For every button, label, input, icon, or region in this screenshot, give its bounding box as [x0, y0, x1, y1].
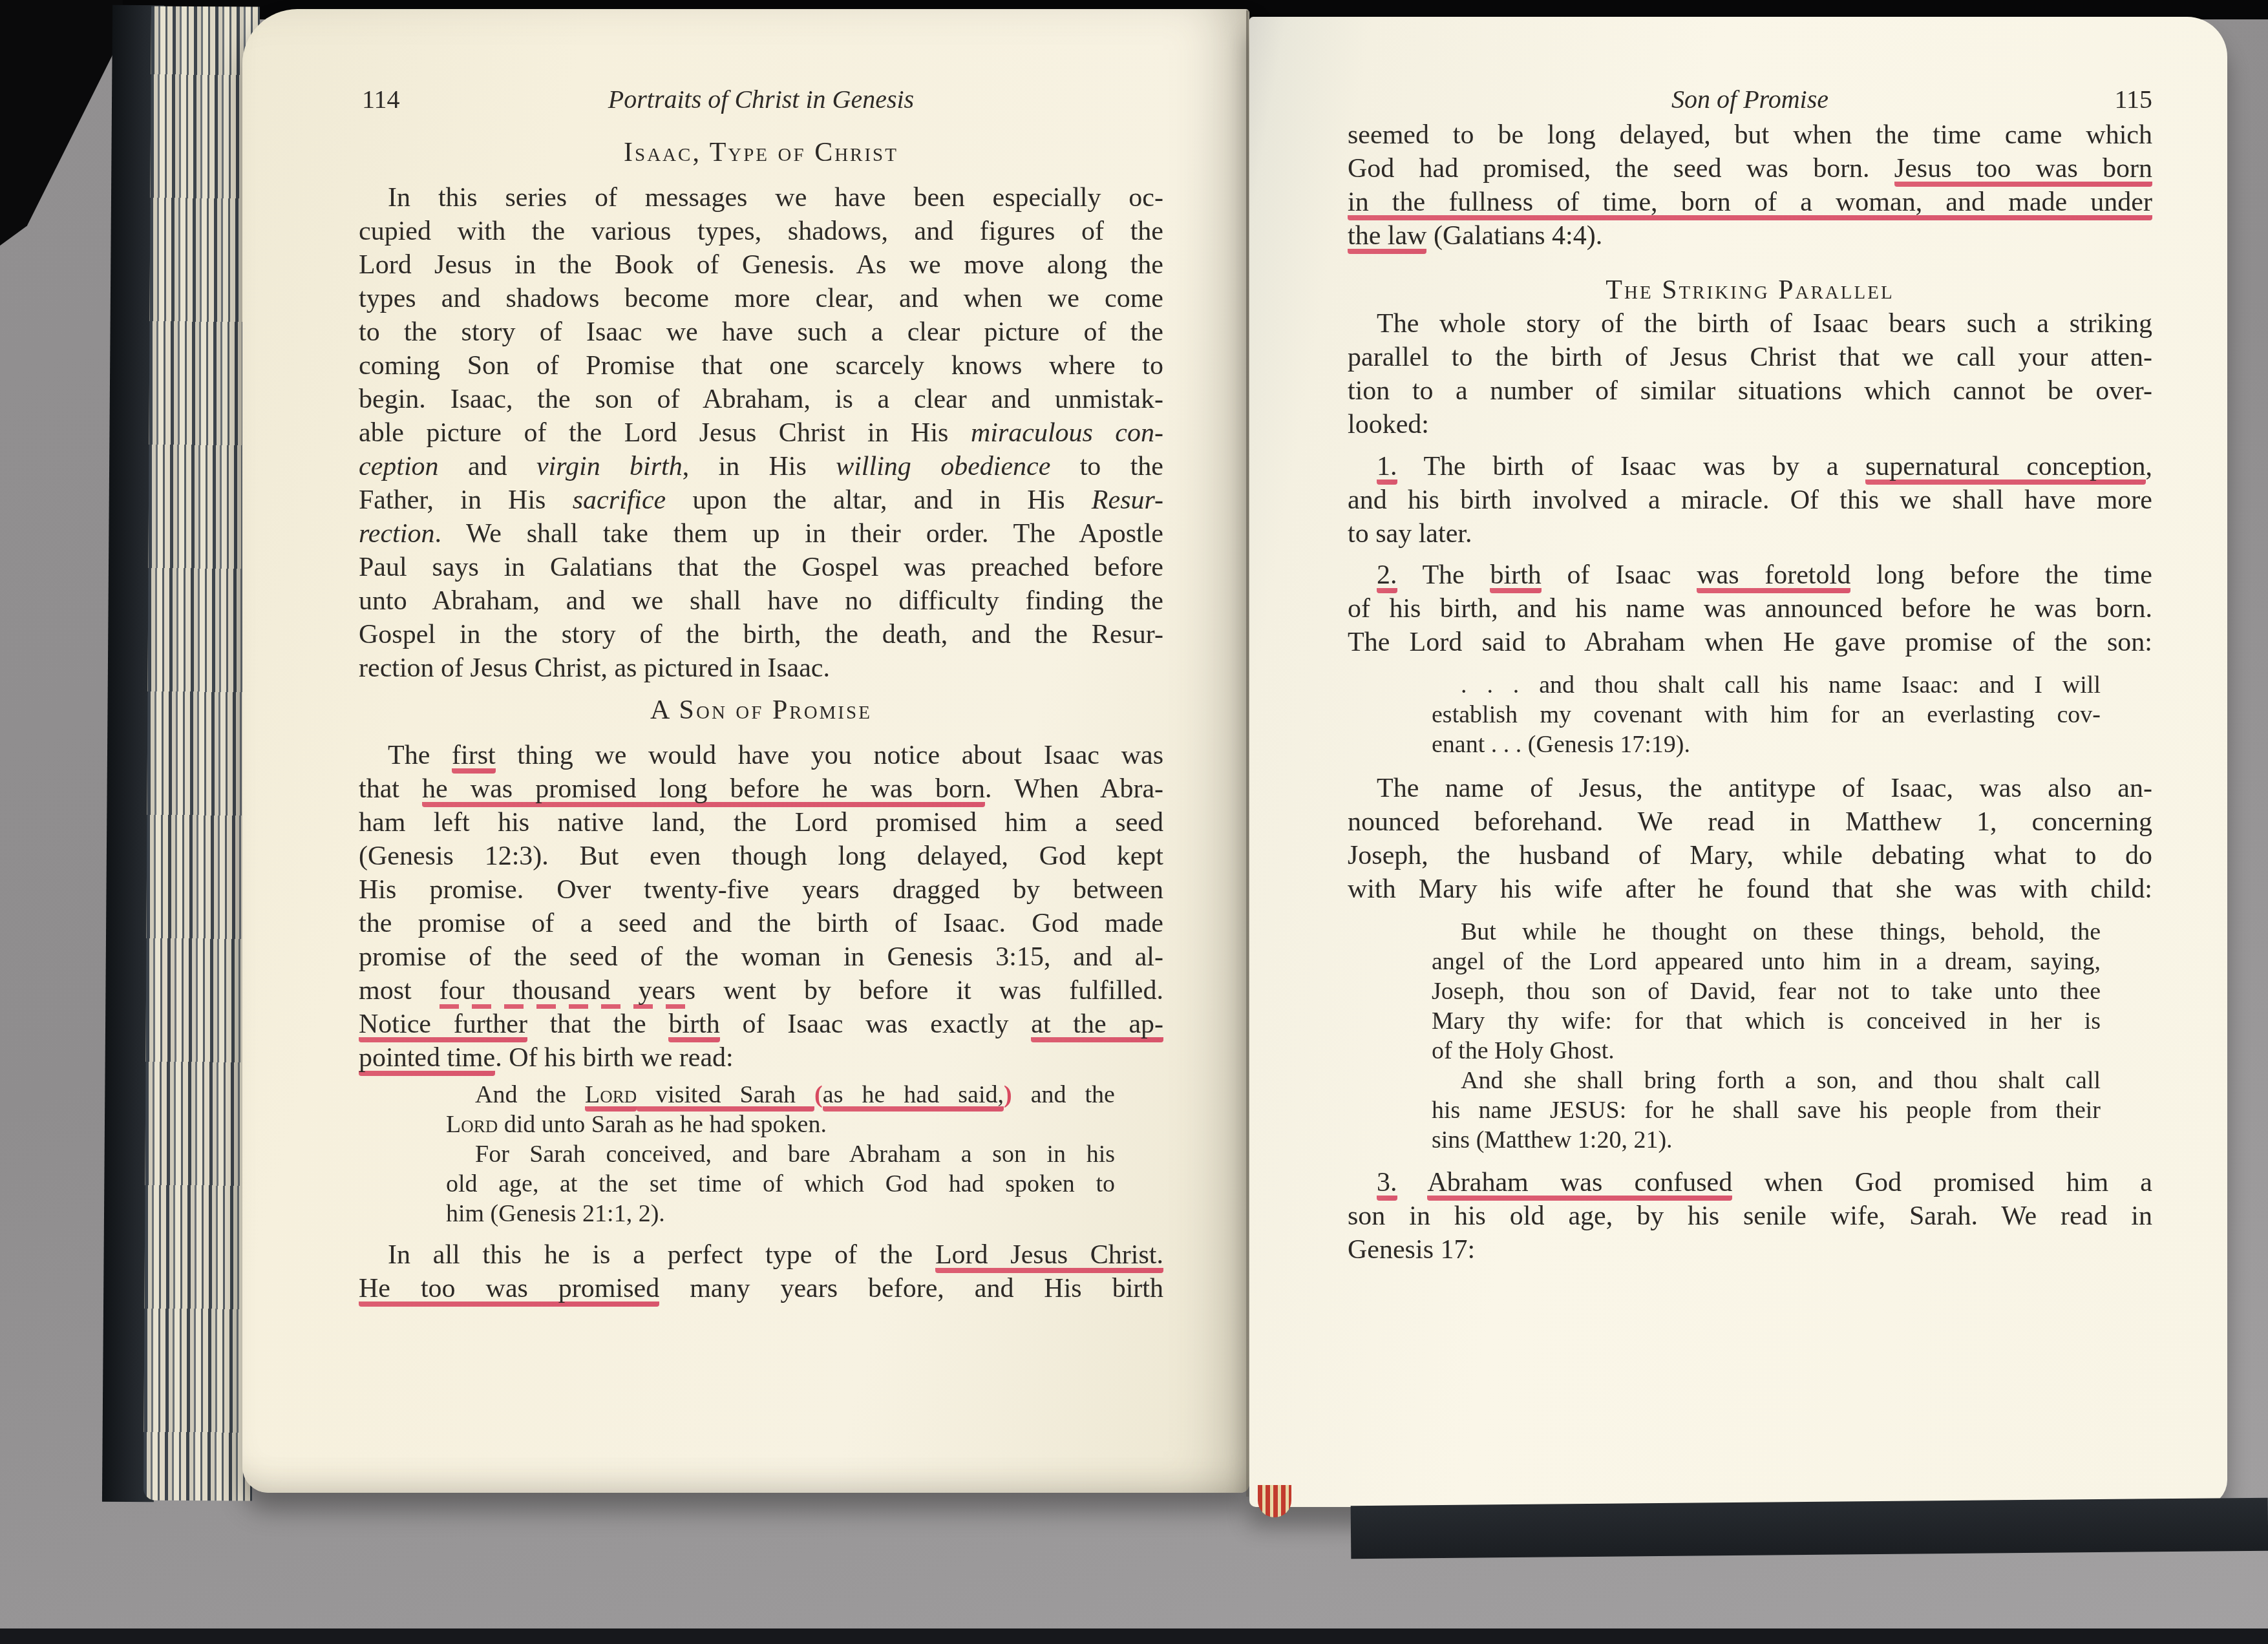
text-line: able picture of the Lord Jesus Christ in…: [359, 417, 1163, 451]
text-line: seemed to be long delayed, but when the …: [1348, 120, 2152, 153]
text-line: (Genesis 12:3). But even though long del…: [359, 841, 1163, 874]
text-line: The first thing we would have you notice…: [359, 740, 1163, 774]
text-segment: his name JESUS: for he shall save his pe…: [1432, 1097, 2101, 1124]
text-segment: promise of the seed of the woman in Gene…: [359, 942, 1163, 972]
text-segment: Joseph, thou son of David, fear not to t…: [1432, 978, 2101, 1005]
text-segment: many years before, and His birth: [659, 1274, 1163, 1303]
text-line: ception and virgin birth, in His willing…: [359, 451, 1163, 485]
paragraph-block: The first thing we would have you notice…: [359, 740, 1163, 1076]
red-pen-mark: ): [1004, 1081, 1012, 1108]
text-segment: . When Abra-: [985, 774, 1163, 804]
text-line: the promise of a seed and the birth of I…: [359, 908, 1163, 942]
text-line: Notice further that the birth of Isaac w…: [359, 1009, 1163, 1042]
red-underlined-text: at the ap-: [1031, 1009, 1163, 1042]
text-segment: In this series of messages we have been …: [388, 183, 1163, 213]
text-segment: God had promised, the seed was born.: [1348, 154, 1894, 184]
red-underlined-text: Abraham was confused: [1427, 1168, 1732, 1201]
text-line: of the Holy Ghost.: [1432, 1037, 2101, 1066]
text-line: cupied with the various types, shadows, …: [359, 216, 1163, 249]
red-underlined-text: birth: [1490, 560, 1541, 593]
red-underlined-text: the law: [1348, 221, 1426, 254]
red-underlined-text: visited Sarah: [637, 1081, 814, 1112]
book-gutter-crease: [1246, 10, 1249, 1497]
text-segment: to the: [1050, 452, 1163, 481]
text-segment: of his birth, and his name was announced…: [1348, 594, 2152, 624]
text-segment: able picture of the Lord Jesus Christ in…: [359, 418, 971, 448]
text-line: Lord Jesus in the Book of Genesis. As we…: [359, 249, 1163, 283]
text-segment: In all this he is a perfect type of the: [388, 1240, 935, 1270]
paragraph-block: In this series of messages we have been …: [359, 182, 1163, 686]
text-line: parallel to the birth of Jesus Christ th…: [1348, 342, 2152, 375]
text-line: In all this he is a perfect type of the …: [359, 1239, 1163, 1273]
text-segment: Paul says in Galatians that the Gospel w…: [359, 553, 1163, 582]
red-underlined-text: He too was promised: [359, 1274, 659, 1307]
text-segment: . . . and thou shalt call his name Isaac…: [1461, 671, 2101, 699]
text-line: The Lord said to Abraham when He gave pr…: [1348, 627, 2152, 660]
text-segment: And she shall bring forth a son, and tho…: [1461, 1067, 2101, 1094]
paragraph-block: The whole story of the birth of Isaac be…: [1348, 308, 2152, 443]
text-segment: enant . . . (Genesis 17:19).: [1432, 731, 1690, 758]
text-segment: Genesis 17:: [1348, 1235, 1475, 1265]
text-segment: The birth of Isaac was by a: [1397, 452, 1865, 481]
paragraph-block: 2. The birth of Isaac was foretold long …: [1348, 560, 2152, 660]
text-segment: Lord: [446, 1111, 498, 1138]
book-cover-bottom-edge: [1351, 1498, 2268, 1559]
text-line: nounced beforehand. We read in Matthew 1…: [1348, 806, 2152, 840]
text-line: looked:: [1348, 409, 2152, 443]
red-underlined-text: 2.: [1377, 560, 1397, 593]
text-segment: ,: [2146, 452, 2153, 481]
text-line: the law (Galatians 4:4).: [1348, 220, 2152, 254]
text-segment: the promise of a seed and the birth of I…: [359, 909, 1163, 938]
text-segment: ception: [359, 452, 439, 481]
text-line: rection. We shall take them up in their …: [359, 518, 1163, 552]
red-underlined-text: 1.: [1377, 452, 1397, 485]
text-segment: of the Holy Ghost.: [1432, 1037, 1615, 1064]
text-line: promise of the seed of the woman in Gene…: [359, 942, 1163, 975]
text-segment: nounced beforehand. We read in Matthew 1…: [1348, 807, 2152, 837]
text-segment: The: [1397, 560, 1490, 590]
section-heading: The Striking Parallel: [1348, 275, 2152, 306]
scanner-corner-shadow: [0, 0, 123, 246]
text-line: ham left his native land, the Lord promi…: [359, 807, 1163, 841]
text-segment: seemed to be long delayed, but when the …: [1348, 120, 2152, 150]
text-segment: old age, at the set time of which God ha…: [446, 1170, 1115, 1197]
scripture-quote-block: But while he thought on these things, be…: [1432, 918, 2101, 1155]
page-number-right: 115: [2055, 84, 2152, 114]
text-line: enant . . . (Genesis 17:19).: [1432, 730, 2101, 760]
text-segment: (Genesis 12:3). But even though long del…: [359, 841, 1163, 871]
text-segment: virgin birth: [536, 452, 683, 481]
text-line: son in his old age, by his senile wife, …: [1348, 1201, 2152, 1234]
text-segment: For Sarah conceived, and bare Abraham a …: [475, 1141, 1115, 1168]
text-segment: Mary thy wife: for that which is conceiv…: [1432, 1007, 2101, 1035]
text-segment: upon the altar, and in His: [666, 485, 1092, 515]
text-segment: Resur-: [1092, 485, 1163, 515]
text-line: him (Genesis 21:1, 2).: [446, 1199, 1115, 1229]
text-segment: The Lord said to Abraham when He gave pr…: [1348, 627, 2152, 657]
red-underlined-text: four thousand years: [440, 976, 695, 1009]
text-segment: begin. Isaac, the son of Abraham, is a c…: [359, 385, 1163, 414]
red-underlined-text: first: [452, 741, 496, 774]
text-line: But while he thought on these things, be…: [1432, 918, 2101, 947]
text-segment: that: [359, 774, 422, 804]
section-heading: Isaac, Type of Christ: [359, 137, 1163, 168]
text-line: Paul says in Galatians that the Gospel w…: [359, 552, 1163, 585]
text-segment: Father, in His: [359, 485, 573, 515]
text-segment: . Of his birth we read:: [495, 1043, 734, 1073]
text-segment: when God promised him a: [1732, 1168, 2152, 1197]
text-line: Lord did unto Sarah as he had spoken.: [446, 1110, 1115, 1140]
text-line: types and shadows become more clear, and…: [359, 283, 1163, 317]
text-line: in the fullness of time, born of a woman…: [1348, 187, 2152, 220]
section-heading: A Son of Promise: [359, 695, 1163, 726]
red-underlined-text: birth: [668, 1009, 719, 1042]
text-segment: Gospel in the story of the birth, the de…: [359, 620, 1163, 649]
paragraph-block: The name of Jesus, the antitype of Isaac…: [1348, 773, 2152, 907]
text-segment: , in His: [683, 452, 836, 481]
text-line: unto Abraham, and we shall have no diffi…: [359, 585, 1163, 619]
text-line: God had promised, the seed was born. Jes…: [1348, 153, 2152, 187]
text-segment: of Isaac: [1542, 560, 1697, 590]
text-segment: tion to a number of similar situations w…: [1348, 376, 2152, 406]
spine-headband: [1258, 1485, 1291, 1517]
text-segment: His promise. Over twenty-five years drag…: [359, 875, 1163, 905]
text-line: Genesis 17:: [1348, 1234, 2152, 1268]
text-line: of his birth, and his name was announced…: [1348, 593, 2152, 627]
text-segment: of Isaac was exactly: [720, 1009, 1032, 1039]
text-line: In this series of messages we have been …: [359, 182, 1163, 216]
text-segment: that the: [527, 1009, 669, 1039]
running-head-left: Portraits of Christ in Genesis: [359, 84, 1163, 114]
text-segment: establish my covenant with him for an ev…: [1432, 701, 2101, 728]
text-segment: looked:: [1348, 410, 1429, 439]
text-line: Gospel in the story of the birth, the de…: [359, 619, 1163, 653]
text-line: Joseph, thou son of David, fear not to t…: [1432, 977, 2101, 1007]
text-segment: went by before it was fulfilled.: [695, 976, 1163, 1006]
text-segment: sins (Matthew 1:20, 21).: [1432, 1126, 1673, 1154]
text-segment: willing obedience: [836, 452, 1050, 481]
text-segment: cupied with the various types, shadows, …: [359, 216, 1163, 246]
text-segment: . We shall take them up in their order. …: [434, 519, 1163, 549]
text-line: He too was promised many years before, a…: [359, 1273, 1163, 1307]
text-segment: son in his old age, by his senile wife, …: [1348, 1201, 2152, 1231]
red-pen-mark: (: [814, 1081, 823, 1108]
text-segment: with Mary his wife after he found that s…: [1348, 874, 2152, 904]
text-segment: and: [439, 452, 536, 481]
text-segment: to say later.: [1348, 519, 1472, 549]
text-segment: [1397, 1168, 1428, 1197]
text-line: to say later.: [1348, 518, 2152, 552]
text-line: pointed time. Of his birth we read:: [359, 1042, 1163, 1076]
text-line: For Sarah conceived, and bare Abraham a …: [446, 1140, 1115, 1170]
paragraph-block: In all this he is a perfect type of the …: [359, 1239, 1163, 1307]
text-segment: did unto Sarah as he had spoken.: [498, 1111, 827, 1138]
text-segment: Lord Jesus in the Book of Genesis. As we…: [359, 250, 1163, 280]
text-segment: types and shadows become more clear, and…: [359, 284, 1163, 313]
book-scan: 114 Portraits of Christ in Genesis Son o…: [0, 0, 2268, 1644]
text-segment: and his birth involved a miracle. Of thi…: [1348, 485, 2152, 515]
text-segment: sacrifice: [573, 485, 666, 515]
text-line: angel of the Lord appeared unto him in a…: [1432, 947, 2101, 977]
text-line: 2. The birth of Isaac was foretold long …: [1348, 560, 2152, 593]
red-underlined-text: Notice further: [359, 1009, 527, 1042]
paragraph-block: 3. Abraham was confused when God promise…: [1348, 1167, 2152, 1268]
text-segment: The: [388, 741, 452, 770]
text-line: to the story of Isaac we have such a cle…: [359, 317, 1163, 350]
paragraph-block: seemed to be long delayed, but when the …: [1348, 120, 2152, 254]
text-segment: Joseph, the husband of Mary, while debat…: [1348, 841, 2152, 870]
text-line: most four thousand years went by before …: [359, 975, 1163, 1009]
text-line: The whole story of the birth of Isaac be…: [1348, 308, 2152, 342]
paragraph-block: 1. The birth of Isaac was by a supernatu…: [1348, 451, 2152, 552]
text-segment: and the: [1012, 1081, 1115, 1108]
red-underlined-text: supernatural conception: [1865, 452, 2146, 485]
red-underlined-text: Lord Jesus Christ.: [935, 1240, 1163, 1273]
text-segment: coming Son of Promise that one scarcely …: [359, 351, 1163, 381]
red-underlined-text: Lord: [585, 1081, 637, 1112]
text-line: His promise. Over twenty-five years drag…: [359, 874, 1163, 908]
text-segment: The name of Jesus, the antitype of Isaac…: [1377, 774, 2152, 803]
running-head-right: Son of Promise: [1348, 84, 2152, 114]
text-line: And she shall bring forth a son, and tho…: [1432, 1066, 2101, 1096]
text-line: old age, at the set time of which God ha…: [446, 1170, 1115, 1199]
text-line: And the Lord visited Sarah (as he had sa…: [446, 1080, 1115, 1110]
scripture-quote-block: And the Lord visited Sarah (as he had sa…: [446, 1080, 1115, 1229]
scanner-bottom-edge: [0, 1628, 2268, 1644]
text-line: tion to a number of similar situations w…: [1348, 375, 2152, 409]
red-underlined-text: he was promised long before he was born: [422, 774, 985, 807]
text-segment: (Galatians 4:4).: [1426, 221, 1602, 251]
text-line: Joseph, the husband of Mary, while debat…: [1348, 840, 2152, 874]
text-segment: miraculous con-: [971, 418, 1163, 448]
text-segment: most: [359, 976, 440, 1006]
scripture-quote-block: . . . and thou shalt call his name Isaac…: [1432, 671, 2101, 760]
text-line: establish my covenant with him for an ev…: [1432, 701, 2101, 730]
text-segment: angel of the Lord appeared unto him in a…: [1432, 948, 2101, 975]
text-segment: to the story of Isaac we have such a cle…: [359, 317, 1163, 347]
text-line: his name JESUS: for he shall save his pe…: [1432, 1096, 2101, 1126]
text-line: begin. Isaac, the son of Abraham, is a c…: [359, 384, 1163, 417]
red-underlined-text: pointed time: [359, 1043, 495, 1076]
red-underlined-text: in the fullness of time, born of a woman…: [1348, 187, 2152, 220]
text-line: 3. Abraham was confused when God promise…: [1348, 1167, 2152, 1201]
text-line: 1. The birth of Isaac was by a supernatu…: [1348, 451, 2152, 485]
text-segment: rection of Jesus Christ, as pictured in …: [359, 653, 830, 683]
text-line: Father, in His sacrifice upon the altar,…: [359, 485, 1163, 518]
text-line: Mary thy wife: for that which is conceiv…: [1432, 1007, 2101, 1037]
text-segment: And the: [475, 1081, 585, 1108]
red-underlined-text: was foretold: [1697, 560, 1850, 593]
red-underlined-text: as he had said,: [823, 1081, 1004, 1112]
text-line: The name of Jesus, the antitype of Isaac…: [1348, 773, 2152, 806]
text-line: with Mary his wife after he found that s…: [1348, 874, 2152, 907]
text-line: that he was promised long before he was …: [359, 774, 1163, 807]
text-segment: But while he thought on these things, be…: [1461, 918, 2101, 945]
red-underlined-text: Jesus too was born: [1894, 154, 2152, 187]
text-segment: thing we would have you notice about Isa…: [496, 741, 1163, 770]
text-segment: long before the time: [1850, 560, 2152, 590]
text-segment: him (Genesis 21:1, 2).: [446, 1200, 665, 1227]
text-segment: parallel to the birth of Jesus Christ th…: [1348, 342, 2152, 372]
text-segment: ham left his native land, the Lord promi…: [359, 808, 1163, 838]
red-underlined-text: 3.: [1377, 1168, 1397, 1201]
text-line: and his birth involved a miracle. Of thi…: [1348, 485, 2152, 518]
text-segment: rection: [359, 519, 434, 549]
text-line: sins (Matthew 1:20, 21).: [1432, 1126, 2101, 1155]
text-segment: unto Abraham, and we shall have no diffi…: [359, 586, 1163, 616]
text-line: . . . and thou shalt call his name Isaac…: [1432, 671, 2101, 701]
text-line: coming Son of Promise that one scarcely …: [359, 350, 1163, 384]
text-line: rection of Jesus Christ, as pictured in …: [359, 653, 1163, 686]
text-segment: The whole story of the birth of Isaac be…: [1377, 309, 2152, 339]
